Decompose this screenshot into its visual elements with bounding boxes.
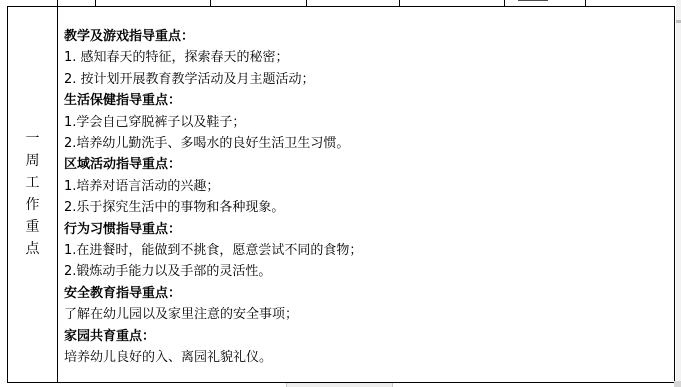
row-content-cell[interactable]: 教学及游戏指导重点： 1. 感知春天的特征，探索春天的秘密； 2. 按计划开展教… xyxy=(58,6,674,382)
section-heading-home-school: 家园共育重点： xyxy=(64,326,674,347)
section-item: 2.锻炼动手能力以及手部的灵活性。 xyxy=(64,261,674,282)
weekly-focus-row: 一 周 工 作 重 点 教学及游戏指导重点： 1. 感知春天的特征，探索春天的秘… xyxy=(7,6,675,383)
row-label-char: 一 xyxy=(26,128,40,150)
section-heading-health: 生活保健指导重点： xyxy=(64,90,674,111)
row-label-char: 作 xyxy=(26,194,40,216)
clipped-cell-text xyxy=(518,0,548,3)
scrollbar-corner xyxy=(674,381,681,387)
section-item: 1.在进餐时，能做到不挑食，愿意尝试不同的食物； xyxy=(64,240,674,261)
section-heading-behavior: 行为习惯指导重点： xyxy=(64,219,674,240)
row-label-char: 工 xyxy=(26,172,40,194)
section-item: 2. 按计划开展教育教学活动及月主题活动； xyxy=(64,69,674,90)
scrollbar-thumb[interactable] xyxy=(676,20,681,23)
row-label-char: 重 xyxy=(26,216,40,238)
section-item: 1. 感知春天的特征，探索春天的秘密； xyxy=(64,47,674,68)
section-heading-area-activity: 区域活动指导重点： xyxy=(64,154,674,175)
section-item: 2.乐于探究生活中的事物和各种现象。 xyxy=(64,197,674,218)
section-item: 培养幼儿良好的入、离园礼貌礼仪。 xyxy=(64,347,674,368)
row-label-char: 点 xyxy=(26,238,40,260)
vertical-scrollbar[interactable] xyxy=(676,0,681,387)
section-heading-safety: 安全教育指导重点： xyxy=(64,283,674,304)
horizontal-scrollbar-thumb[interactable] xyxy=(286,383,393,387)
section-heading-teaching: 教学及游戏指导重点： xyxy=(64,26,674,47)
section-item: 2.培养幼儿勤洗手、多喝水的良好生活卫生习惯。 xyxy=(64,133,674,154)
row-label-cell: 一 周 工 作 重 点 xyxy=(8,6,58,382)
section-item: 了解在幼儿园以及家里注意的安全事项； xyxy=(64,304,674,325)
row-label-char: 周 xyxy=(26,150,40,172)
section-item: 1.培养对语言活动的兴趣； xyxy=(64,176,674,197)
section-item: 1.学会自己穿脱裤子以及鞋子； xyxy=(64,112,674,133)
